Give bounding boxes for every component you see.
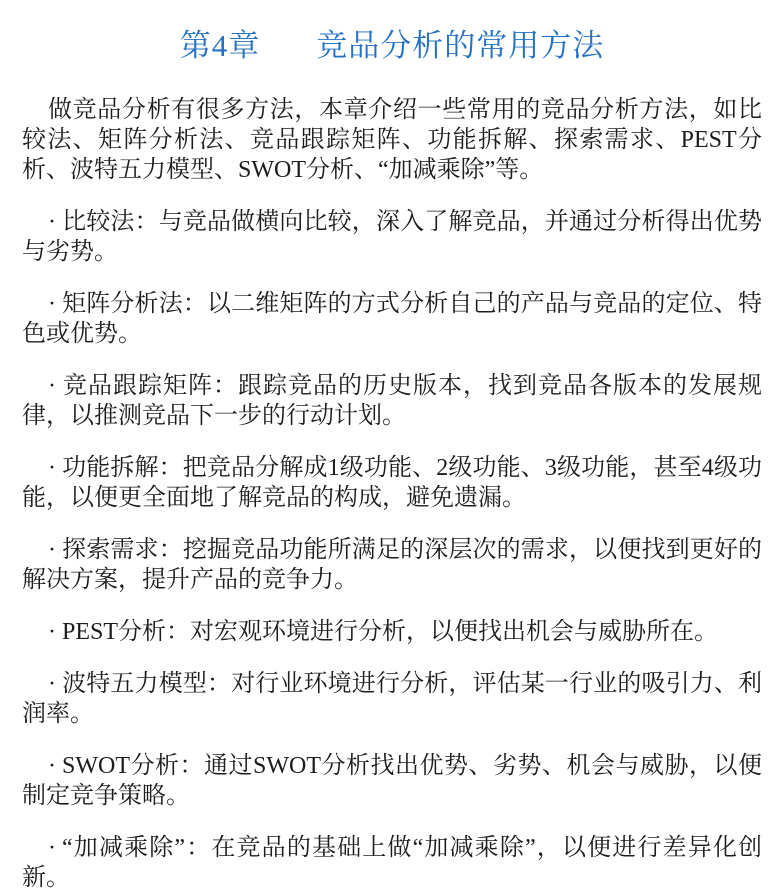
chapter-number: 第4章 <box>180 28 261 63</box>
method-item-tracking-matrix: ·竞品跟踪矩阵：跟踪竞品的历史版本，找到竞品各版本的发展规律，以推测竞品下一步的… <box>22 371 762 431</box>
method-item-pest: ·PEST分析：对宏观环境进行分析，以便找出机会与威胁所在。 <box>22 617 762 647</box>
method-term: PEST分析 <box>62 619 166 645</box>
chapter-heading: 第4章竞品分析的常用方法 <box>22 24 762 68</box>
term-colon: ： <box>213 373 238 399</box>
method-item-comparison: ·比较法：与竞品做横向比较，深入了解竞品，并通过分析得出优势与劣势。 <box>22 207 762 267</box>
term-colon: ： <box>183 291 207 317</box>
method-term: SWOT分析 <box>62 753 180 779</box>
bullet-marker: · <box>48 455 56 481</box>
method-term: 波特五力模型 <box>62 671 207 697</box>
intro-paragraph: 做竞品分析有很多方法，本章介绍一些常用的竞品分析方法，如比较法、矩阵分析法、竞品… <box>22 95 762 185</box>
method-term: 竞品跟踪矩阵 <box>62 373 213 399</box>
method-list: ·比较法：与竞品做横向比较，深入了解竞品，并通过分析得出优势与劣势。 ·矩阵分析… <box>22 207 762 893</box>
chapter-title-text: 竞品分析的常用方法 <box>316 28 604 63</box>
bullet-marker: · <box>48 537 56 563</box>
method-term: 矩阵分析法 <box>62 291 183 317</box>
bullet-marker: · <box>48 753 56 779</box>
term-colon: ： <box>185 835 211 861</box>
bullet-marker: · <box>48 373 56 399</box>
bullet-marker: · <box>48 209 56 235</box>
method-item-explore-needs: ·探索需求：挖掘竞品功能所满足的深层次的需求，以便找到更好的解决方案，提升产品的… <box>22 535 762 595</box>
bullet-marker: · <box>48 671 56 697</box>
method-item-porter-five-forces: ·波特五力模型：对行业环境进行分析，评估某一行业的吸引力、利润率。 <box>22 669 762 729</box>
method-item-add-subtract-multiply-divide: ·“加减乘除”：在竞品的基础上做“加减乘除”，以便进行差异化创新。 <box>22 833 762 893</box>
term-colon: ： <box>135 209 159 235</box>
term-colon: ： <box>166 619 190 645</box>
method-item-swot: ·SWOT分析：通过SWOT分析找出优势、劣势、机会与威胁，以便制定竞争策略。 <box>22 751 762 811</box>
method-item-matrix-analysis: ·矩阵分析法：以二维矩阵的方式分析自己的产品与竞品的定位、特色或优势。 <box>22 289 762 349</box>
method-term: 功能拆解 <box>62 455 159 481</box>
bullet-marker: · <box>48 619 56 645</box>
method-term: 比较法 <box>62 209 135 235</box>
term-colon: ： <box>207 671 231 697</box>
book-page: 第4章竞品分析的常用方法 做竞品分析有很多方法，本章介绍一些常用的竞品分析方法，… <box>0 0 782 893</box>
term-colon: ： <box>159 455 183 481</box>
term-colon: ： <box>180 753 205 779</box>
method-item-feature-breakdown: ·功能拆解：把竞品分解成1级功能、2级功能、3级功能，甚至4级功能，以便更全面地… <box>22 453 762 513</box>
term-colon: ： <box>159 537 183 563</box>
bullet-marker: · <box>48 835 56 861</box>
method-term: “加减乘除” <box>62 835 185 861</box>
method-definition: 对宏观环境进行分析，以便找出机会与威胁所在。 <box>190 619 718 645</box>
bullet-marker: · <box>48 291 56 317</box>
method-term: 探索需求 <box>62 537 159 563</box>
